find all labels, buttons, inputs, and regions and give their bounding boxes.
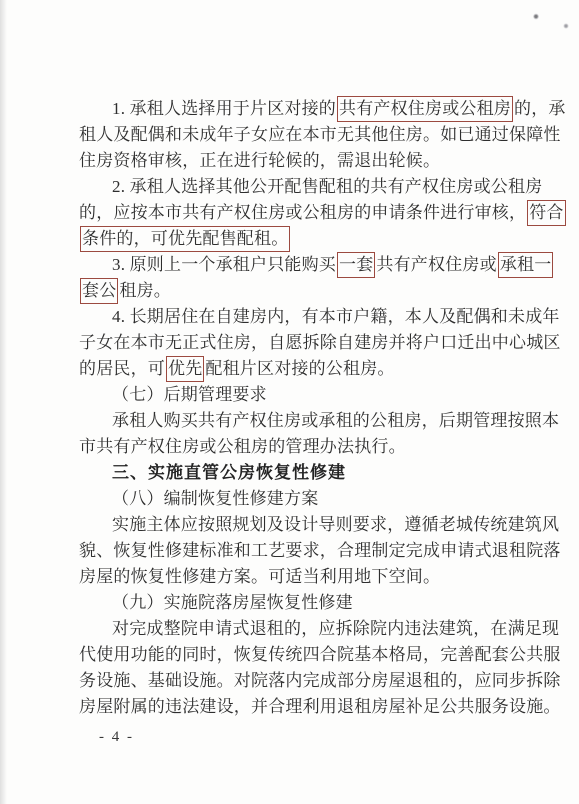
doc-line section-heading: （九）实施院落房屋恢复性修建 xyxy=(79,590,517,616)
chapter-heading: 三、实施直管公房恢复性修建 xyxy=(79,460,517,486)
document-page: 1. 承租人选择用于片区对接的共有产权住房或公租房的，承 租人及配偶和未成年子女… xyxy=(0,0,579,804)
doc-line: 务设施、基础设施。对院落内完成部分房屋退租的，应同步拆除 xyxy=(79,668,517,694)
red-box-annotation: 一套 xyxy=(337,252,375,278)
text-run: 2. 承租人选择其他公开配售配租的共有产权住房或公租房 xyxy=(112,177,542,196)
doc-line: 市共有产权住房或公租房的管理办法执行。 xyxy=(79,434,517,460)
text-run: （七）后期管理要求 xyxy=(112,385,267,404)
text-run: 房屋的恢复性修建方案。可适当利用地下空间。 xyxy=(79,567,440,586)
doc-line: 的，应按本市共有产权住房或公租房的申请条件进行审核，符合 xyxy=(79,200,517,226)
red-box-annotation: 优先 xyxy=(166,356,204,382)
red-box-annotation: 共有产权住房或公租房 xyxy=(337,96,513,122)
text-run: 配租片区对接的公租房。 xyxy=(205,359,394,378)
doc-line: 对完成整院申请式退租的，应拆除院内违法建筑，在满足现 xyxy=(79,616,517,642)
doc-line: 貌、恢复性修建标准和工艺要求，合理制定完成申请式退租院落 xyxy=(79,538,517,564)
text-run: 租人及配偶和未成年子女应在本市无其他住房。如已通过保障性 xyxy=(79,125,561,144)
text-run: 1. 承租人选择用于片区对接的 xyxy=(112,99,336,118)
doc-line: 承租人购买共有产权住房或承租的公租房，后期管理按照本 xyxy=(79,408,517,434)
text-run: 4. 长期居住在自建房内，有本市户籍，本人及配偶和未成年 xyxy=(112,307,560,326)
text-run: 务设施、基础设施。对院落内完成部分房屋退租的，应同步拆除 xyxy=(79,671,561,690)
doc-line: 套公租房。 xyxy=(79,278,517,304)
doc-line: 实施主体应按照规划及设计导则要求，遵循老城传统建筑风 xyxy=(79,512,517,538)
scan-edge-shadow xyxy=(0,0,7,804)
doc-line section-heading: （七）后期管理要求 xyxy=(79,382,517,408)
text-run: 3. 原则上一个承租户只能购买 xyxy=(112,255,336,274)
text-run: 市共有产权住房或公租房的管理办法执行。 xyxy=(79,437,406,456)
text-run: 代使用功能的同时，恢复传统四合院基本格局，完善配套公共服 xyxy=(79,645,561,664)
scan-speck xyxy=(563,23,569,29)
text-run: 房屋附属的违法建设，并合理利用退租房屋补足公共服务设施。 xyxy=(79,697,561,716)
text-run: 的，承 xyxy=(514,99,566,118)
text-run: 承租人购买共有产权住房或承租的公租房，后期管理按照本 xyxy=(112,411,559,430)
scan-speck xyxy=(533,13,539,20)
text-run: （九）实施院落房屋恢复性修建 xyxy=(112,593,353,612)
doc-line: 的居民，可优先配租片区对接的公租房。 xyxy=(79,356,517,382)
red-box-annotation: 符合 xyxy=(527,200,565,226)
page-number: - 4 - xyxy=(99,729,134,746)
text-run: 租房。 xyxy=(119,281,171,300)
doc-line section-heading: （八）编制恢复性修建方案 xyxy=(79,486,517,512)
doc-line: 租人及配偶和未成年子女应在本市无其他住房。如已通过保障性 xyxy=(79,122,517,148)
text-run: 共有产权住房或 xyxy=(376,255,496,274)
text-run: 子女在本市无正式住房，自愿拆除自建房并将户口迁出中心城区 xyxy=(79,333,561,352)
doc-line: 住房资格审核，正在进行轮候的，需退出轮候。 xyxy=(79,148,517,174)
text-run: 的居民，可 xyxy=(79,359,165,378)
document-body: 1. 承租人选择用于片区对接的共有产权住房或公租房的，承 租人及配偶和未成年子女… xyxy=(79,96,517,720)
doc-line: 子女在本市无正式住房，自愿拆除自建房并将户口迁出中心城区 xyxy=(79,330,517,356)
red-box-annotation: 承租一 xyxy=(498,252,554,278)
doc-line: 房屋的恢复性修建方案。可适当利用地下空间。 xyxy=(79,564,517,590)
doc-line: 代使用功能的同时，恢复传统四合院基本格局，完善配套公共服 xyxy=(79,642,517,668)
text-run: 实施主体应按照规划及设计导则要求，遵循老城传统建筑风 xyxy=(112,515,559,534)
text-run: （八）编制恢复性修建方案 xyxy=(112,489,318,508)
red-box-annotation: 条件的，可优先配售配租。 xyxy=(80,226,290,252)
doc-line: 3. 原则上一个承租户只能购买一套共有产权住房或承租一 xyxy=(79,252,517,278)
text-run: 的，应按本市共有产权住房或公租房的申请条件进行审核， xyxy=(79,203,526,222)
doc-line: 4. 长期居住在自建房内，有本市户籍，本人及配偶和未成年 xyxy=(79,304,517,330)
text-run: 住房资格审核，正在进行轮候的，需退出轮候。 xyxy=(79,151,440,170)
doc-line: 2. 承租人选择其他公开配售配租的共有产权住房或公租房 xyxy=(79,174,517,200)
text-run: 三、实施直管公房恢复性修建 xyxy=(112,463,346,482)
text-run: 貌、恢复性修建标准和工艺要求，合理制定完成申请式退租院落 xyxy=(79,541,561,560)
red-box-annotation: 套公 xyxy=(80,278,118,304)
doc-line: 房屋附属的违法建设，并合理利用退租房屋补足公共服务设施。 xyxy=(79,694,517,720)
doc-line: 条件的，可优先配售配租。 xyxy=(79,226,517,252)
doc-line: 1. 承租人选择用于片区对接的共有产权住房或公租房的，承 xyxy=(79,96,517,122)
text-run: 对完成整院申请式退租的，应拆除院内违法建筑，在满足现 xyxy=(112,619,559,638)
